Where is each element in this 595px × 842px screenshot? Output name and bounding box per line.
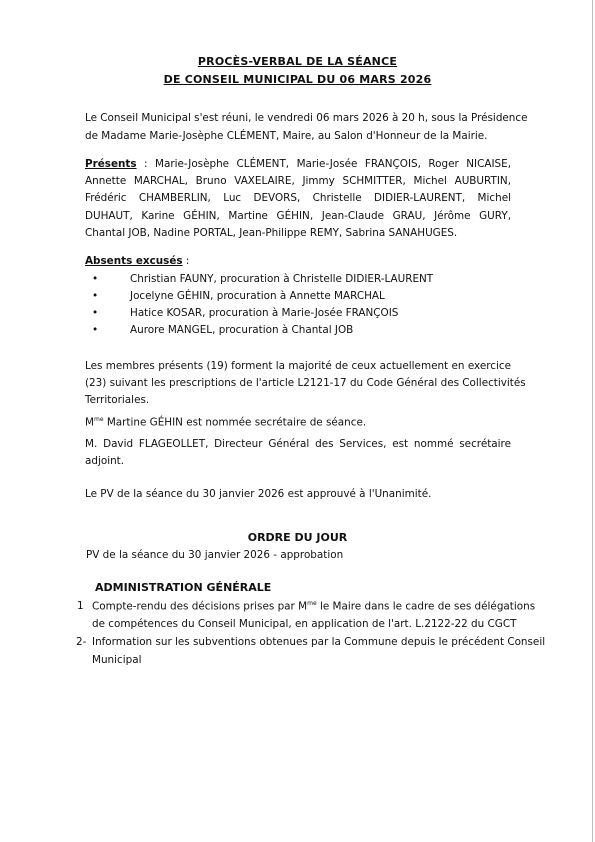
bullet-icon: • — [92, 273, 98, 285]
item-number: 2- — [76, 636, 86, 648]
intro-line-1: Le Conseil Municipal s'est réuni, le ven… — [85, 112, 511, 124]
agenda-item-2-line-2: Municipal — [92, 654, 141, 666]
absent-item: Hatice KOSAR, procuration à Marie-Josée … — [130, 307, 398, 319]
absent-item: Aurore MANGEL, procuration à Chantal JOB — [130, 324, 353, 336]
agenda-item-2-line-1: Information sur les subventions obtenues… — [92, 636, 545, 648]
agenda-pv: PV de la séance du 30 janvier 2026 - app… — [86, 549, 343, 561]
absent-item: Jocelyne GÉHIN, procuration à Annette MA… — [130, 290, 385, 302]
quorum-line-1: Les membres présents (19) forment la maj… — [85, 360, 511, 372]
agenda-item-1-line-1: Compte-rendu des décisions prises par Mm… — [92, 600, 535, 612]
secretary-line: Mme Martine GÉHIN est nommée secrétaire … — [85, 416, 366, 428]
presents-text: : Marie-Josèphe CLÉMENT, Marie-Josée FRA… — [137, 158, 511, 170]
absent-item: Christian FAUNY, procuration à Christell… — [130, 273, 433, 285]
page-edge — [592, 0, 593, 842]
item-sup: me — [307, 600, 317, 607]
document-title-line1: PROCÈS-VERBAL DE LA SÉANCE — [0, 55, 595, 68]
agenda-title: ORDRE DU JOUR — [0, 531, 595, 544]
document-title-line2: DE CONSEIL MUNICIPAL DU 06 MARS 2026 — [0, 73, 595, 86]
section-title: ADMINISTRATION GÉNÉRALE — [95, 581, 271, 594]
presents-line-5: Chantal JOB, Nadine PORTAL, Jean-Philipp… — [85, 227, 457, 239]
presents-label: Présents — [85, 158, 137, 170]
pv-approval: Le PV de la séance du 30 janvier 2026 es… — [85, 488, 431, 500]
absents-colon: : — [183, 255, 190, 267]
agenda-item-1-line-2: de compétences du Conseil Municipal, en … — [92, 618, 516, 630]
item-text: Compte-rendu des décisions prises par M — [92, 600, 307, 612]
presents-line-4: DUHAUT, Karine GÉHIN, Martine GÉHIN, Jea… — [85, 210, 511, 222]
quorum-line-3: Territoriales. — [85, 394, 149, 406]
absents-label: Absents excusés — [85, 255, 183, 267]
secretary-text: Martine GÉHIN est nommée secrétaire de s… — [104, 416, 367, 428]
presents-line-1: Présents : Marie-Josèphe CLÉMENT, Marie-… — [85, 158, 511, 170]
presents-line-3: Frédéric CHAMBERLIN, Luc DEVORS, Christe… — [85, 192, 511, 204]
absents-heading: Absents excusés : — [85, 255, 189, 267]
deputy-line-1: M. David FLAGEOLLET, Directeur Général d… — [85, 438, 511, 450]
quorum-line-2: (23) suivant les prescriptions de l'arti… — [85, 377, 511, 389]
deputy-line-2: adjoint. — [85, 455, 124, 467]
secretary-sup: me — [94, 416, 104, 423]
bullet-icon: • — [92, 307, 98, 319]
intro-line-2: de Madame Marie-Josèphe CLÉMENT, Maire, … — [85, 130, 487, 142]
secretary-prefix: M — [85, 416, 94, 428]
presents-line-2: Annette MARCHAL, Bruno VAXELAIRE, Jimmy … — [85, 175, 511, 187]
item-number: 1 — [77, 600, 84, 612]
bullet-icon: • — [92, 290, 98, 302]
bullet-icon: • — [92, 324, 98, 336]
item-text: le Maire dans le cadre de ses délégation… — [317, 600, 535, 612]
